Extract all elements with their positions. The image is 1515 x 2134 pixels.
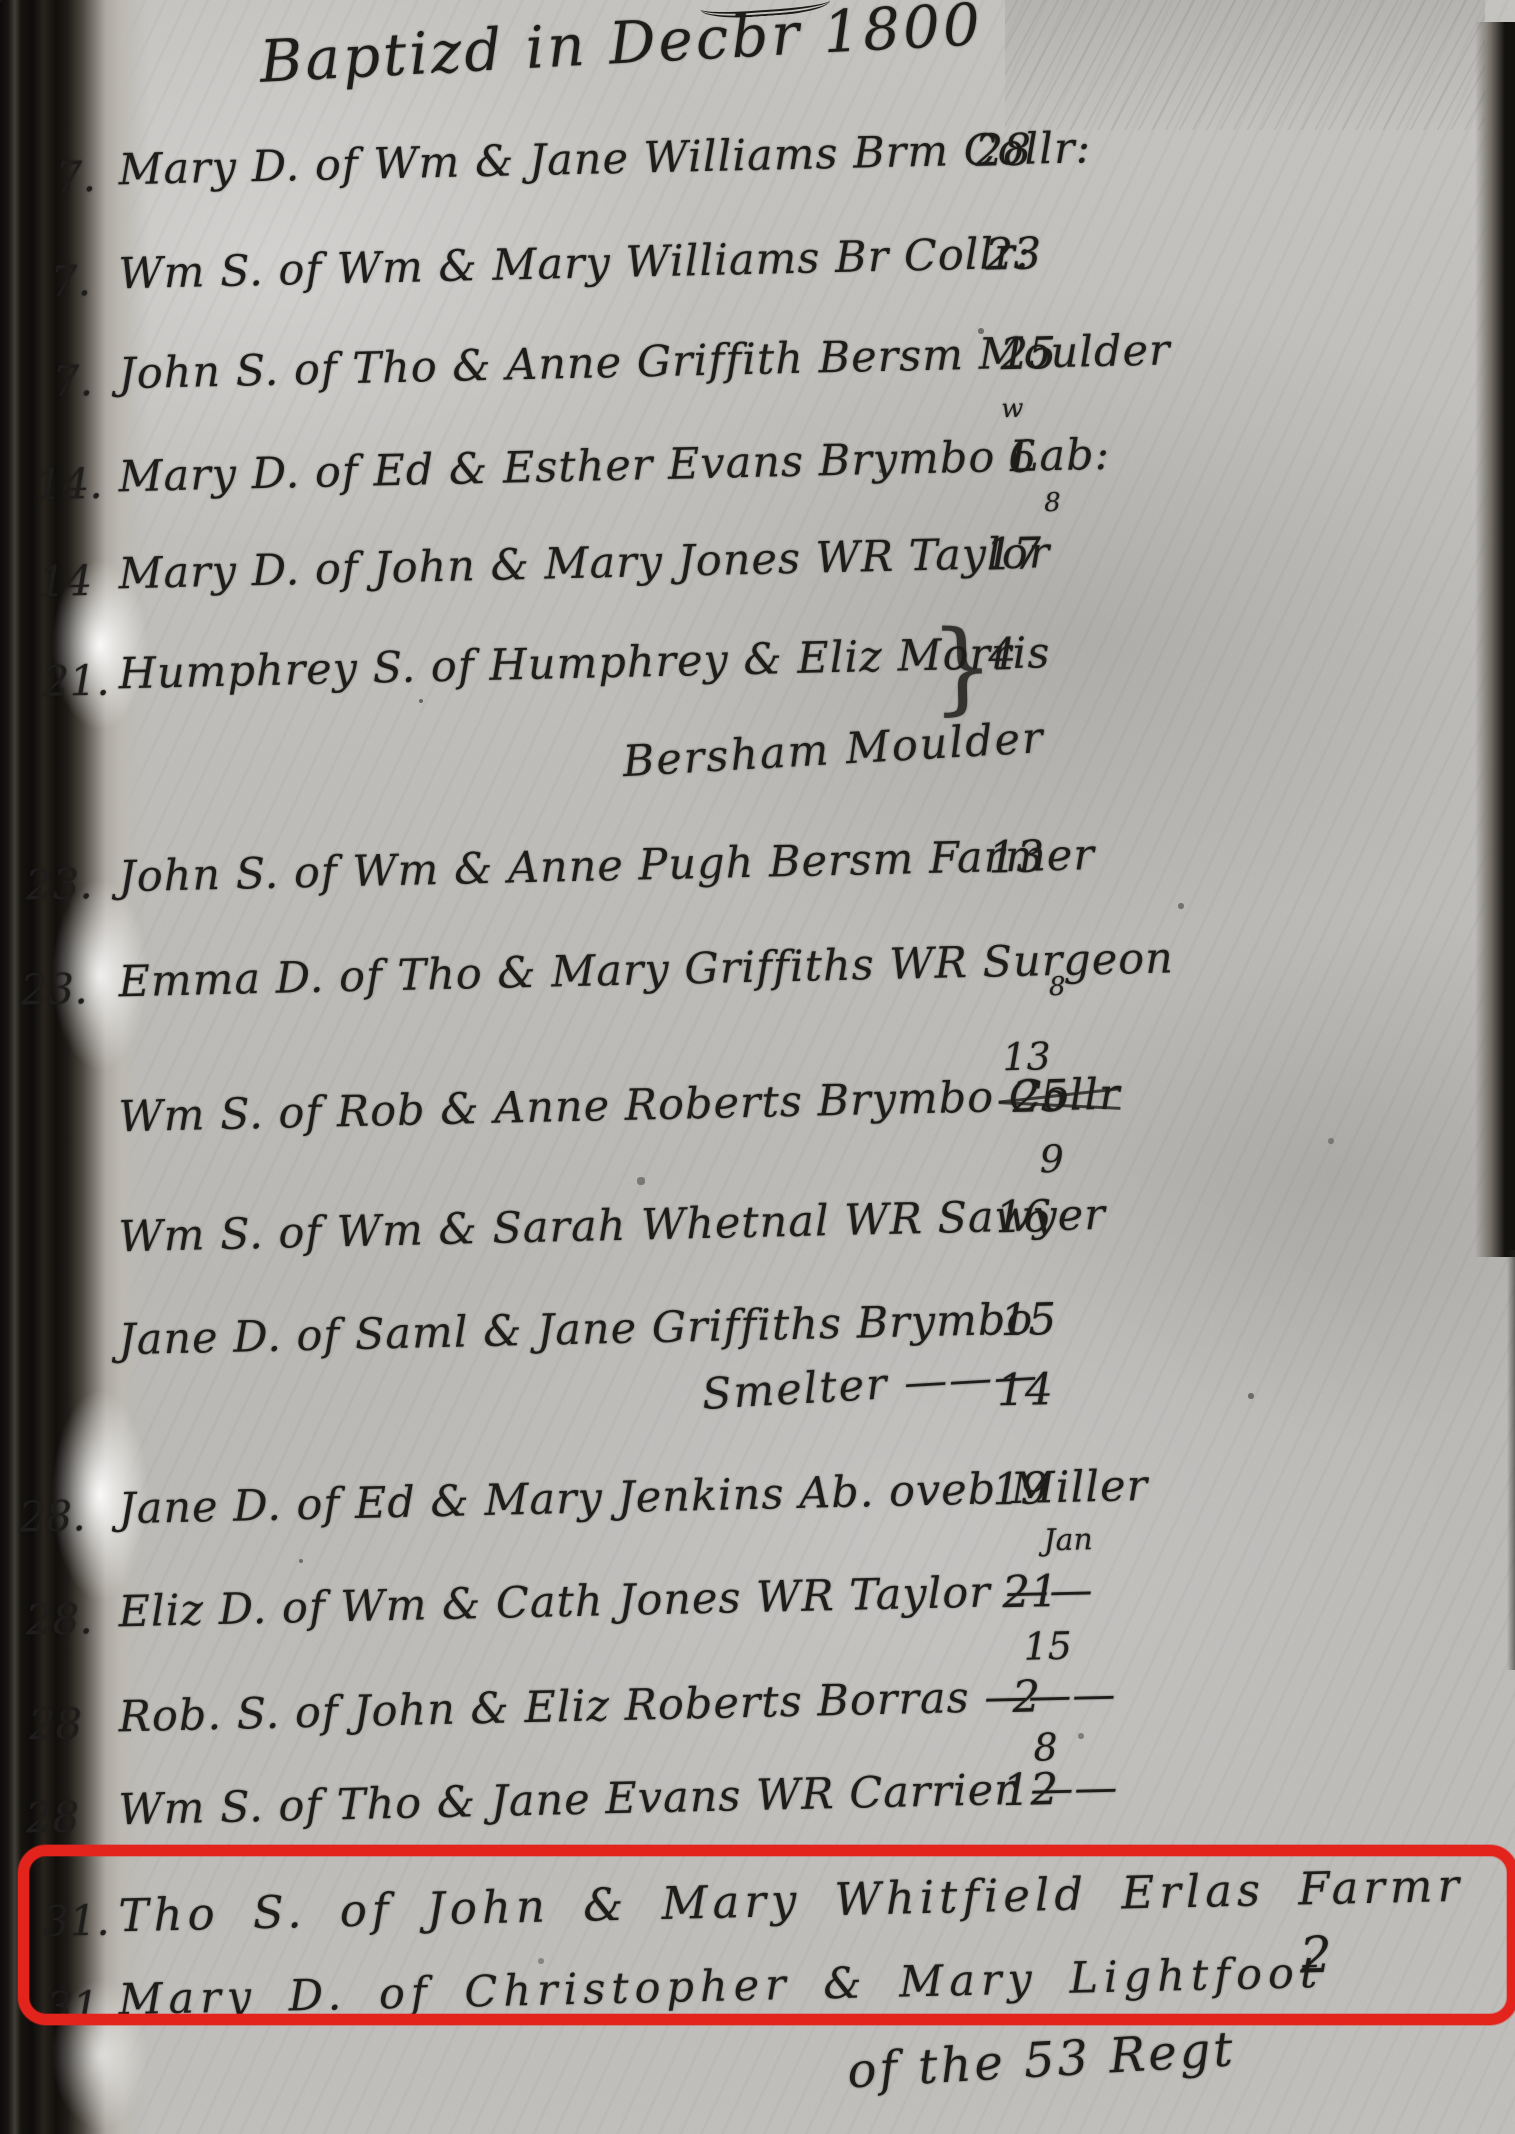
- entry-number-crossed-out: 25: [1012, 1071, 1069, 1123]
- entry-second-line: Smelter ———: [701, 1351, 1041, 1420]
- entry-day: 7.: [55, 152, 96, 202]
- register-entry: 28. Jane D. of Ed & Mary Jenkins Ab. ove…: [0, 1453, 1515, 1577]
- entry-number: 19: [992, 1463, 1049, 1515]
- entry-month-note: Jan: [1043, 1522, 1093, 1558]
- entry-day: 23.: [20, 964, 88, 1015]
- register-entry: Jane D. of Saml & Jane Griffiths Brymbo …: [0, 1284, 1515, 1408]
- entry-number-below: 15: [1023, 1624, 1072, 1669]
- entry-text: Wm S. of Wm & Sarah Whetnal WR Sawyer: [118, 1190, 1106, 1262]
- entry-day: 28: [25, 1792, 80, 1842]
- register-entry: Wm S. of Rob & Anne Roberts Brymbo Collr…: [0, 1061, 1515, 1185]
- entry-text: Mary D. of Wm & Jane Williams Brm Collr:: [118, 123, 1092, 195]
- entry-number: 2: [1299, 1926, 1332, 1985]
- entry-day: 28.: [25, 1594, 93, 1645]
- entry-day: 28.: [18, 1491, 86, 1542]
- entry-text: Jane D. of Saml & Jane Griffiths Brymbo: [118, 1295, 1034, 1366]
- entry-day: 7.: [50, 256, 91, 306]
- entry-number: 16: [995, 1191, 1052, 1243]
- entry-number: 4: [988, 629, 1017, 681]
- entry-text: Tho S. of John & Mary Whitfield Erlas Fa…: [118, 1859, 1465, 1943]
- entry-text: John S. of Wm & Anne Pugh Bersm Farmer: [118, 830, 1095, 902]
- register-entry: 7. Mary D. of Wm & Jane Williams Brm Col…: [0, 114, 1515, 238]
- entry-day: 21.: [42, 656, 110, 707]
- register-entry: Wm S. of Wm & Sarah Whetnal WR Sawyer 16: [0, 1181, 1515, 1305]
- register-entry: 23. Emma D. of Tho & Mary Griffiths WR S…: [0, 926, 1515, 1050]
- entry-text: Humphrey S. of Humphrey & Eliz Morris: [118, 628, 1051, 699]
- entry-number: 12: [1002, 1764, 1059, 1816]
- entry-day: 14.: [35, 459, 103, 510]
- entry-number: 2: [1012, 1671, 1041, 1723]
- curly-brace-mark: }: [929, 607, 995, 725]
- entry-number: 25: [1000, 328, 1057, 380]
- entry-number: 15: [1000, 1294, 1057, 1346]
- entry-text: Wm S. of Rob & Anne Roberts Brymbo Collr: [118, 1070, 1121, 1143]
- register-page: Baptizd in Decbr 1800 7. Mary D. of Wm &…: [0, 0, 1515, 2134]
- entry-number-below: 8: [1033, 1725, 1058, 1770]
- entry-day: 7.: [52, 356, 93, 406]
- entry-day: 28: [28, 1699, 83, 1749]
- entry-margin-note: 8: [1049, 972, 1066, 1002]
- entry-number: 28: [975, 125, 1032, 177]
- entry-number: 6: [1008, 431, 1037, 483]
- entry-number-below: 14: [996, 1364, 1053, 1416]
- entry-number-below: 9: [1039, 1137, 1064, 1182]
- entry-number: 13: [988, 831, 1045, 883]
- entry-text: Mary D. of Ed & Esther Evans Brymbo Lab:: [118, 430, 1111, 502]
- pencil-smudge: [1005, 0, 1485, 130]
- entry-text: Emma D. of Tho & Mary Griffiths WR Surge…: [118, 933, 1174, 1007]
- entry-day: 31.: [45, 1981, 113, 2032]
- ink-specks: [0, 0, 2, 2]
- register-entry: 28. Eliz D. of Wm & Cath Jones WR Taylor…: [0, 1556, 1515, 1680]
- entry-second-line: of the 53 Regt: [846, 2021, 1237, 2099]
- entry-number: 21: [1002, 1566, 1059, 1618]
- entry-second-line: Bersham Moulder: [621, 713, 1046, 787]
- entry-margin-note: 8: [1044, 488, 1061, 518]
- entry-day: 14: [38, 556, 93, 606]
- entry-text: Eliz D. of Wm & Cath Jones WR Taylor ——: [118, 1565, 1094, 1637]
- register-entry: 23. John S. of Wm & Anne Pugh Bersm Farm…: [0, 821, 1515, 945]
- entry-day: 31.: [42, 1896, 110, 1947]
- entry-text: Wm S. of Wm & Mary Williams Br Collr:: [118, 229, 1032, 300]
- page-title: Baptizd in Decbr 1800: [258, 0, 984, 96]
- entry-number: 23: [985, 228, 1042, 280]
- entry-number: 17: [985, 528, 1042, 580]
- entry-text: Rob. S. of John & Eliz Roberts Borras ——…: [118, 1670, 1117, 1743]
- entry-margin-note: w: [1001, 394, 1024, 424]
- entry-day: 23.: [25, 859, 93, 910]
